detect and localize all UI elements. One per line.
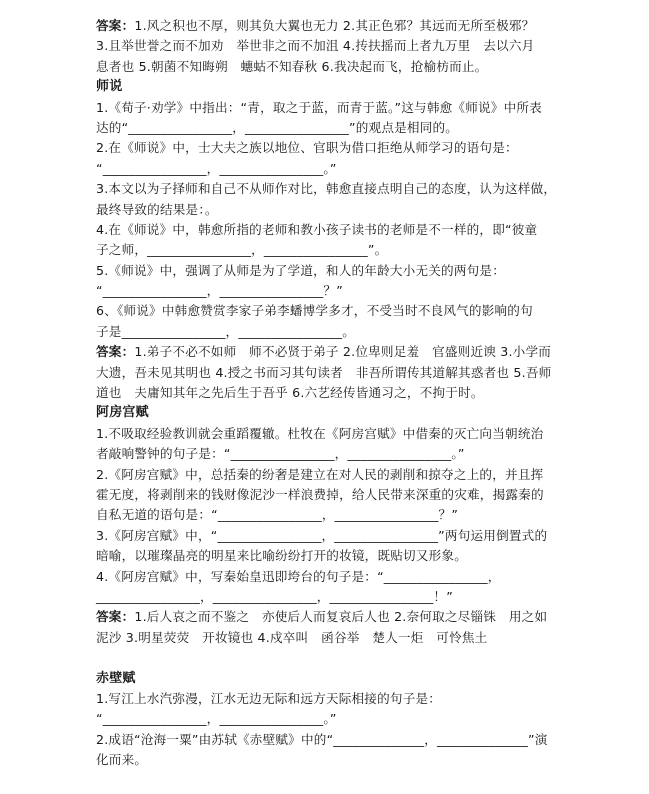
question-line: 4.在《师说》中，韩愈所指的老师和教小孩子读书的老师是不一样的，即“彼童 [96, 220, 556, 240]
question-line: 6、《师说》中韩愈赞赏李家子弟李蟠博学多才，不受当时不良风气的影响的句 [96, 301, 556, 321]
question-line: 最终导致的结果是：。 [96, 200, 556, 220]
question-line: 2.成语“沧海一粟”由苏轼《赤壁赋》中的“______________，____… [96, 730, 556, 750]
answer-line: 答案：1.风之积也不厚，则其负大翼也无力 2.其正色邪？其远而无所至极邪？ [96, 16, 556, 36]
question-line: 1.不吸取经验教训就会重蹈覆辙。杜牧在《阿房宫赋》中借秦的灭亡向当朝统治 [96, 424, 556, 444]
question-line: 1.写江上水汽弥漫，江水无边无际和远方天际相接的句子是： [96, 689, 556, 709]
answer-line: 3.且举世誉之而不加劝 举世非之而不加沮 4.抟扶摇而上者九万里 去以六月 [96, 36, 556, 56]
question-line: 子之师，________________，________________”。 [96, 240, 556, 260]
question-line: 自私无道的语句是：“________________，_____________… [96, 505, 556, 525]
question-line: ________________，________________，______… [96, 587, 556, 607]
section-title: 师说 [96, 77, 556, 97]
question-line: “________________，________________。” [96, 709, 556, 729]
question-line: “________________，________________？” [96, 281, 556, 301]
answer-line: 泥沙 3.明星荧荧 开妆镜也 4.戍卒叫 函谷举 楚人一炬 可怜焦土 [96, 628, 556, 648]
section-title: 赤壁赋 [96, 669, 556, 689]
answer-label: 答案： [96, 609, 134, 624]
answer-line: 大遗，吾未见其明也 4.授之书而习其句读者 非吾所谓传其道解其惑者也 5.吾师 [96, 363, 556, 383]
question-line: 子是________________，________________。 [96, 322, 556, 342]
answer-line: 答案：1.弟子不必不如师 师不必贤于弟子 2.位卑则足羞 官盛则近谀 3.小学而 [96, 342, 556, 362]
answer-block-xiaoyaoyou: 答案：1.风之积也不厚，则其负大翼也无力 2.其正色邪？其远而无所至极邪？ 3.… [96, 16, 556, 77]
answer-label: 答案： [96, 344, 134, 359]
section-chibi: 赤壁赋 1.写江上水汽弥漫，江水无边无际和远方天际相接的句子是： “______… [96, 669, 556, 771]
question-line: 2.《阿房宫赋》中，总括秦的纷奢是建立在对人民的剥削和掠夺之上的，并且挥 [96, 465, 556, 485]
section-shishuo: 师说 1.《荀子·劝学》中指出：“青，取之于蓝，而青于蓝。”这与韩愈《师说》中所… [96, 77, 556, 403]
question-line: 霍无度，将剥削来的钱财像泥沙一样浪费掉，给人民带来深重的灾难，揭露秦的 [96, 485, 556, 505]
blank-line [96, 648, 556, 668]
question-line: “________________，________________。” [96, 159, 556, 179]
answer-line: 息者也 5.朝菌不知晦朔 蟪蛄不知春秋 6.我决起而飞，抢榆枋而止。 [96, 57, 556, 77]
question-line: 1.《荀子·劝学》中指出：“青，取之于蓝，而青于蓝。”这与韩愈《师说》中所表 [96, 98, 556, 118]
question-line: 化而来。 [96, 750, 556, 770]
answer-line: 答案：1.后人哀之而不鉴之 亦使后人而复哀后人也 2.奈何取之尽锱铢 用之如 [96, 607, 556, 627]
question-line: 2.在《师说》中，士大夫之族以地位、官职为借口拒绝从师学习的语句是： [96, 138, 556, 158]
document-page: 答案：1.风之积也不厚，则其负大翼也无力 2.其正色邪？其远而无所至极邪？ 3.… [96, 16, 556, 770]
question-line: 5.《师说》中，强调了从师是为了学道，和人的年龄大小无关的两句是： [96, 261, 556, 281]
question-line: 暗喻，以璀璨晶亮的明星来比喻纷纷打开的妆镜，既贴切又形象。 [96, 546, 556, 566]
section-epang: 阿房宫赋 1.不吸取经验教训就会重蹈覆辙。杜牧在《阿房宫赋》中借秦的灭亡向当朝统… [96, 403, 556, 648]
question-line: 3.本文以为子择师和自己不从师作对比，韩愈直接点明自己的态度，认为这样做， [96, 179, 556, 199]
question-line: 4.《阿房宫赋》中，写秦始皇迅即垮台的句子是：“________________… [96, 567, 556, 587]
answer-label: 答案： [96, 18, 134, 33]
answer-line: 道也 夫庸知其年之先后生于吾乎 6.六艺经传皆通习之，不拘于时。 [96, 383, 556, 403]
section-title: 阿房宫赋 [96, 403, 556, 423]
question-line: 者敲响警钟的句子是：“________________，____________… [96, 444, 556, 464]
question-line: 达的“________________，________________”的观点… [96, 118, 556, 138]
question-line: 3.《阿房宫赋》中，“________________，____________… [96, 526, 556, 546]
